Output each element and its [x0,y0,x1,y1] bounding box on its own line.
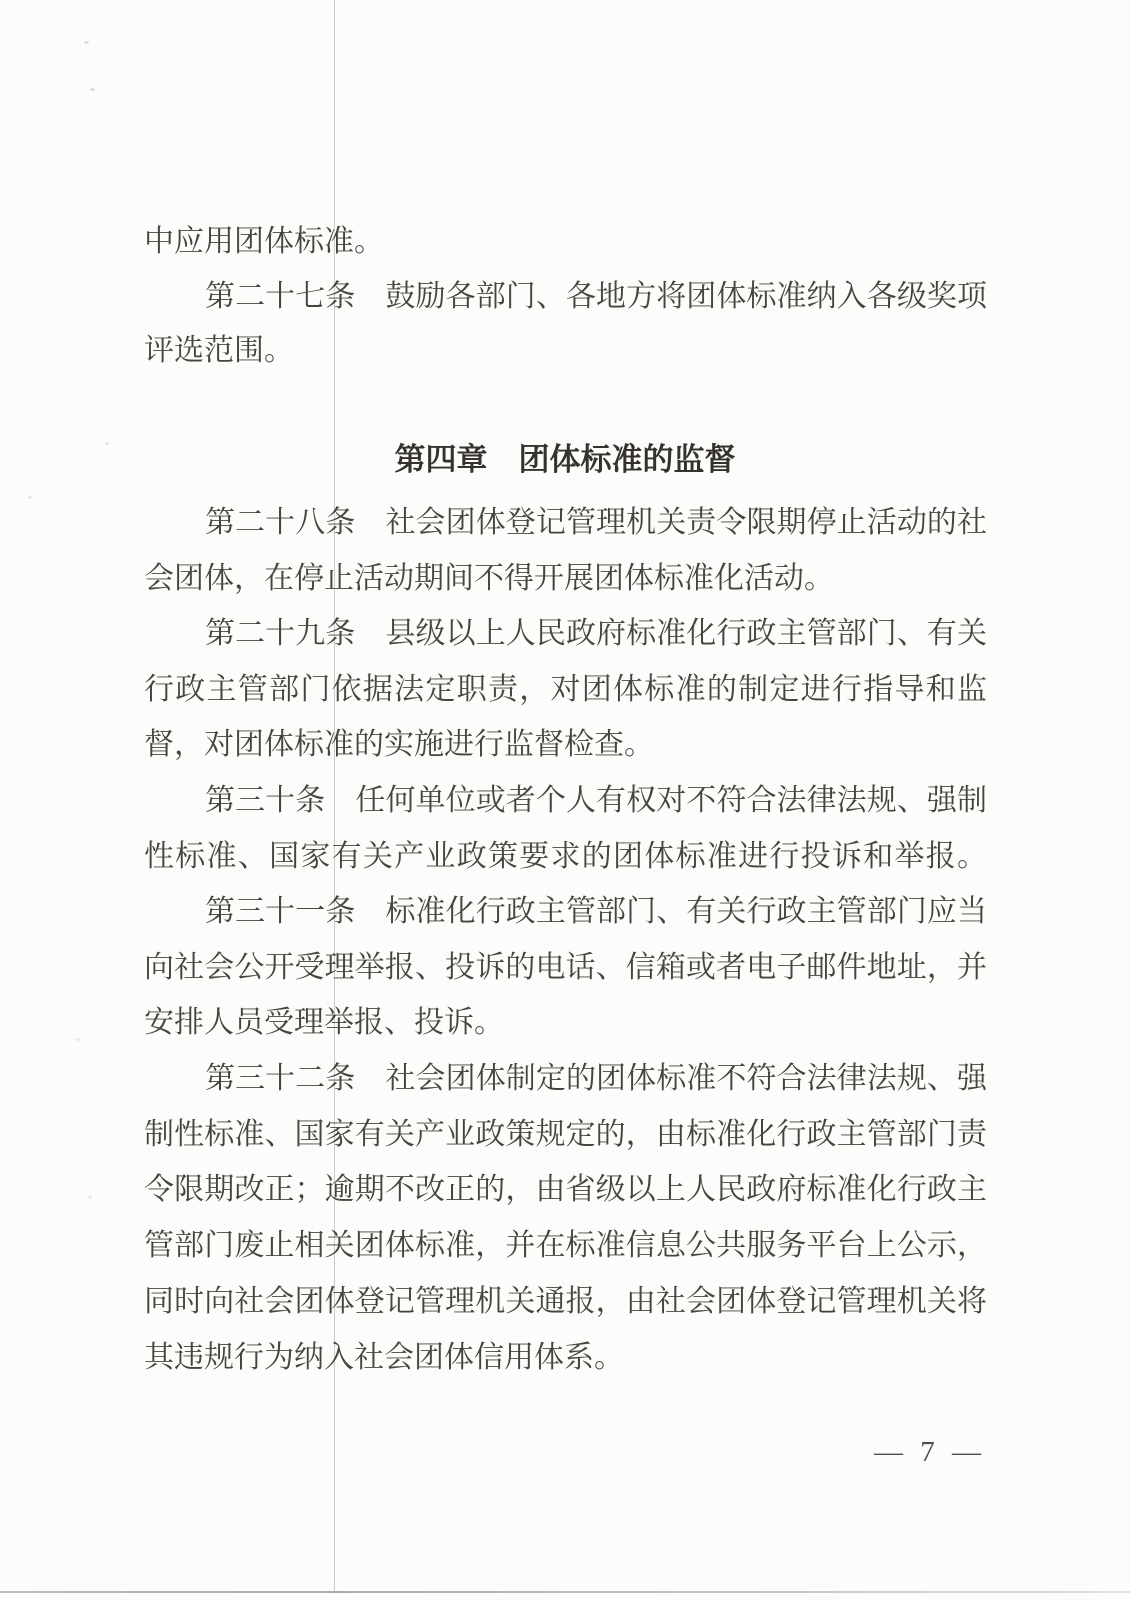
document-line: 评选范围。 [144,334,987,368]
document-line: 管部门废止相关团体标准，并在标准信息公共服务平台上公示， [144,1229,987,1263]
scan-speck [84,41,89,44]
scan-speck [76,1038,80,1041]
chapter-heading: 第四章 团体标准的监督 [0,441,1130,479]
document-line: 其违规行为纳入社会团体信用体系。 [144,1341,987,1375]
document-line: 向社会公开受理举报、投诉的电话、信箱或者电子邮件地址，并 [144,951,987,985]
document-line-article-29: 第二十九条 县级以上人民政府标准化行政主管部门、有关 [144,617,987,651]
document-line: 督，对团体标准的实施进行监督检查。 [144,728,987,762]
scan-speck [88,1196,92,1199]
document-line: 安排人员受理举报、投诉。 [144,1006,987,1040]
document-line-article-32: 第三十二条 社会团体制定的团体标准不符合法律法规、强 [144,1062,987,1096]
scan-bottom-edge [0,1591,1130,1593]
scanned-document-page: 中应用团体标准。 第二十七条 鼓励各部门、各地方将团体标准纳入各级奖项 评选范围… [0,0,1130,1600]
document-line: 同时向社会团体登记管理机关通报，由社会团体登记管理机关将 [144,1285,987,1319]
document-line: 性标准、国家有关产业政策要求的团体标准进行投诉和举报。 [144,840,987,874]
scan-speck [90,88,95,91]
page-number: — 7 — [830,1436,1030,1468]
document-line: 令限期改正；逾期不改正的，由省级以上人民政府标准化行政主 [144,1173,987,1207]
document-line: 中应用团体标准。 [144,225,987,259]
document-line: 会团体，在停止活动期间不得开展团体标准化活动。 [144,562,987,596]
scan-speck [28,496,32,499]
document-line: 行政主管部门依据法定职责，对团体标准的制定进行指导和监 [144,673,987,707]
document-line-article-27: 第二十七条 鼓励各部门、各地方将团体标准纳入各级奖项 [144,280,987,314]
document-line-article-31: 第三十一条 标准化行政主管部门、有关行政主管部门应当 [144,895,987,929]
document-line: 制性标准、国家有关产业政策规定的，由标准化行政主管部门责 [144,1118,987,1152]
document-line-article-30: 第三十条 任何单位或者个人有权对不符合法律法规、强制 [144,784,987,818]
document-line-article-28: 第二十八条 社会团体登记管理机关责令限期停止活动的社 [144,506,987,540]
